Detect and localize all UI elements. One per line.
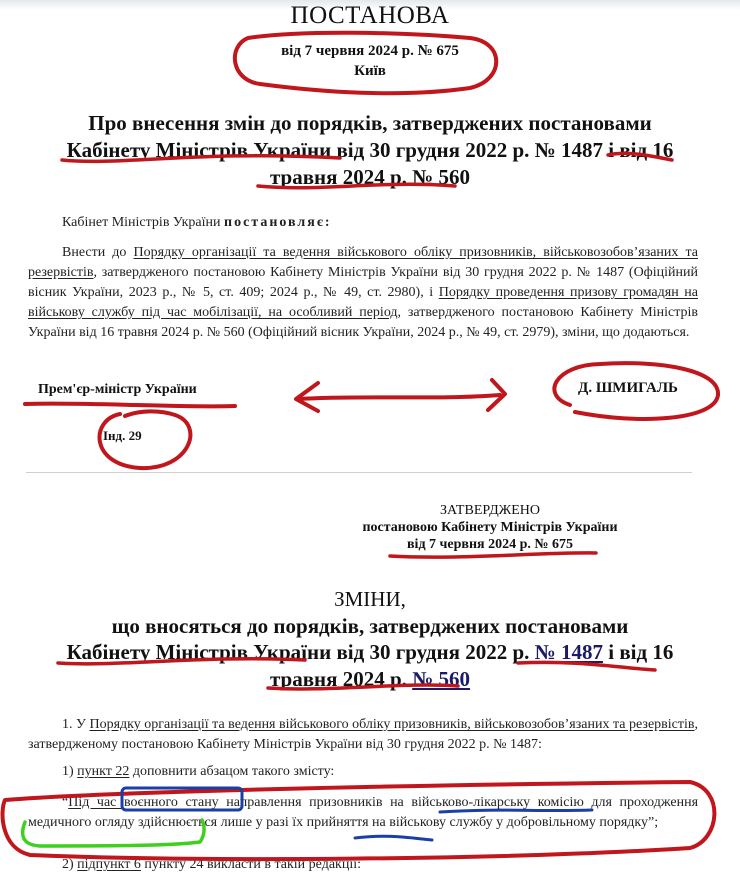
- subitem-1-text: доповнити абзацом такого змісту:: [129, 764, 334, 779]
- quote-close: ”;: [648, 815, 658, 830]
- subitem-1-prefix: 1): [62, 764, 77, 779]
- resolution-city: Київ: [0, 63, 740, 80]
- changes-line-2: що вносяться до порядків, затверджених п…: [40, 613, 700, 640]
- link-resolution-1487[interactable]: № 1487: [535, 640, 603, 664]
- approved-date: від 7 червня 2024 р. № 675: [330, 536, 650, 553]
- changes-line-3-tail: і від 16: [603, 640, 673, 664]
- intro-text-1: Внести до: [62, 245, 134, 260]
- quoted-amendment: “Під час воєнного стану направлення приз…: [28, 793, 698, 833]
- link-point-22[interactable]: пункт 22: [77, 764, 129, 779]
- approved-by: постановою Кабінету Міністрів України: [330, 519, 650, 536]
- resolution-date: від 7 червня 2024 р. № 675: [0, 43, 740, 60]
- section-divider: [26, 472, 692, 473]
- document-title: ПОСТАНОВА: [0, 2, 740, 30]
- quote-text-3: направлення призовників: [219, 795, 390, 810]
- resolves-keyword: постановляє:: [224, 215, 332, 230]
- link-resolution-560[interactable]: № 560: [412, 667, 470, 691]
- quote-voluntary: добровільному порядку: [507, 815, 648, 830]
- document-index: Інд. 29: [103, 428, 142, 444]
- changes-line-3-text: Кабінету Міністрів України від 30 грудня…: [67, 640, 535, 664]
- subitem-2-text: пункту 24 викласти в такій редакції:: [141, 857, 361, 872]
- item-1: 1. У Порядку організації та ведення війс…: [28, 715, 698, 755]
- changes-line-4-text: травня 2024 р.: [270, 667, 412, 691]
- resolution-heading: Про внесення змін до порядків, затвердже…: [40, 110, 700, 191]
- changes-line-3: Кабінету Міністрів України від 30 грудня…: [40, 639, 700, 666]
- signer-name: Д. ШМИГАЛЬ: [578, 380, 678, 397]
- heading-line-1: Про внесення змін до порядків, затвердже…: [40, 110, 700, 137]
- heading-line-2: Кабінету Міністрів України від 30 грудня…: [40, 137, 700, 164]
- item-1-prefix: 1. У: [62, 717, 89, 732]
- link-subpoint-6[interactable]: підпункт 6: [77, 857, 141, 872]
- quote-text-1: Під час: [68, 795, 124, 810]
- quote-only-if: лише у разі: [221, 815, 289, 830]
- subitem-2-prefix: 2): [62, 857, 77, 872]
- intro-paragraph: Внести до Порядку організації та ведення…: [28, 243, 698, 343]
- resolves-prefix: Кабінет Міністрів України: [62, 215, 224, 230]
- changes-heading: ЗМІНИ, що вносяться до порядків, затверд…: [40, 586, 700, 692]
- changes-line-4: травня 2024 р. № 560: [40, 666, 700, 693]
- quote-medical-commission: на військово-лікарську: [390, 795, 530, 810]
- resolves-line: Кабінет Міністрів України постановляє:: [28, 213, 698, 233]
- quote-martial-law: воєнного стану: [124, 795, 219, 810]
- heading-line-3: травня 2024 р. № 560: [40, 164, 700, 191]
- subitem-1: 1) пункт 22 доповнити абзацом такого змі…: [28, 762, 698, 782]
- quote-text-7: їх прийняття на військову службу у: [289, 815, 507, 830]
- approved-block: ЗАТВЕРДЖЕНО постановою Кабінету Міністрі…: [330, 502, 650, 553]
- subitem-2: 2) підпункт 6 пункту 24 викласти в такій…: [28, 855, 698, 872]
- signer-position: Прем'єр-міністр України: [38, 382, 197, 398]
- approved-label: ЗАТВЕРДЖЕНО: [330, 502, 650, 519]
- changes-title: ЗМІНИ,: [40, 586, 700, 613]
- link-order-military-registration-2[interactable]: Порядку організації та ведення військово…: [89, 717, 694, 732]
